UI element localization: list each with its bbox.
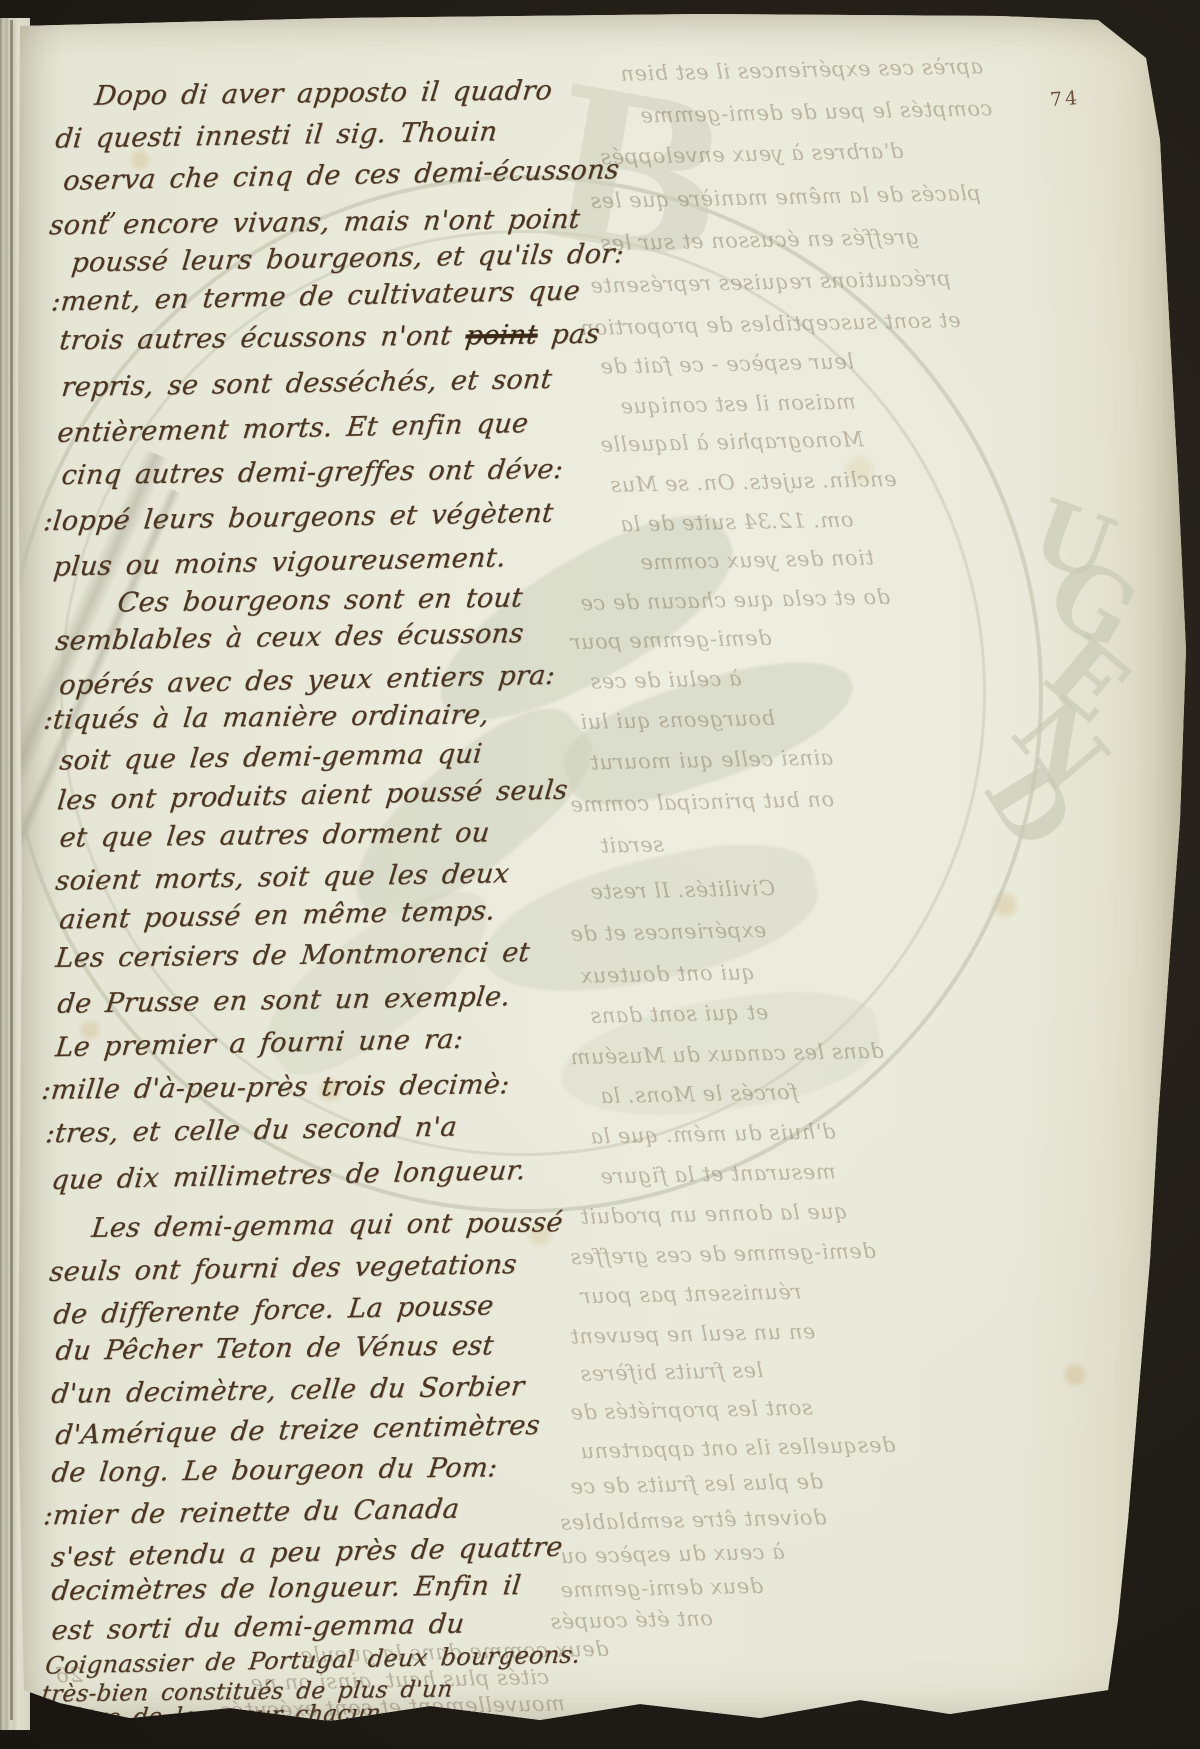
bleedthrough-fragment: serait [600, 832, 664, 857]
bleedthrough-fragment: réunissent pas pour [580, 1280, 802, 1309]
manuscript-line: trois autres écussons n'ont point pas [58, 319, 601, 357]
bleedthrough-fragment: d'arbres à yeux enveloppés [600, 139, 904, 169]
bleedthrough-fragment: ainsi celle qui mourut [590, 745, 834, 774]
manuscript-line: sont encore vivans, mais n'ont point [48, 204, 582, 241]
scan-background: B UGEND après ces expériences il est bie… [0, 0, 1200, 1749]
bleedthrough-fragment: maison il est conique [620, 390, 856, 419]
bleedthrough-fragment: que la donne un produit [580, 1199, 848, 1229]
manuscript-line: Dopo di aver apposto il quadro [93, 75, 554, 112]
manuscript-line: mètre de longueur chacun. [48, 1700, 390, 1732]
manuscript-line: Les demi-gemma qui ont poussé [90, 1207, 565, 1244]
bleedthrough-fragment: doivent être semblables [560, 1505, 827, 1535]
bleedthrough-fragment: bourgeons qui lui [580, 706, 775, 734]
manuscript-line: s'est etendu a peu près de quattre [50, 1532, 564, 1574]
bleedthrough-fragment: expériences et de [570, 918, 767, 946]
strikethrough-word: point [464, 319, 539, 351]
bleedthrough-fragment: Civilités. Il reste [590, 876, 776, 904]
bleedthrough-fragment: qui ont douteux [580, 960, 755, 988]
bleedthrough-fragment: sont les propriétés de [570, 1395, 813, 1424]
bleedthrough-fragment: forcés le Mons. la [600, 1080, 798, 1108]
manuscript-line: Ces bourgeons sont en tout [116, 583, 524, 619]
bleedthrough-fragment: tion des yeux comme [640, 546, 874, 575]
manuscript-line: et que les autres dorment ou [58, 817, 491, 853]
bleedthrough-fragment: demi-gemme pour [570, 626, 772, 654]
manuscript-line: d'Amérique de treize centimètres [54, 1410, 542, 1451]
bleedthrough-fragment: desquelles ils ont appartenu [580, 1433, 896, 1464]
manuscript-line: :mille d'à-peu-près trois decimè: [40, 1069, 511, 1106]
manuscript-line: de differente force. La pousse [52, 1290, 495, 1330]
bleedthrough-fragment: à celui de ces [590, 666, 742, 693]
bleedthrough-fragment: et qui sont dans [590, 1000, 769, 1028]
bleedthrough-fragment: en un seul ne peuvent [570, 1319, 816, 1348]
manuscript-line: :mier de reinette du Canada [42, 1494, 461, 1532]
manuscript-line: di questi innesti il sig. Thouin [54, 116, 499, 154]
manuscript-line: de long. Le bourgeon du Pom: [50, 1452, 499, 1488]
page-number: 74 [1049, 87, 1081, 111]
bleedthrough-fragment: mesurant et la figure [600, 1160, 836, 1189]
manuscript-line: :tiqués à la manière ordinaire, [42, 699, 491, 735]
manuscript-line: d'un decimètre, celle du Sorbier [50, 1371, 526, 1410]
bleedthrough-fragment: deux demi-gemme [560, 1574, 764, 1602]
bleedthrough-fragment: demi-gemme de ces greffes [570, 1239, 876, 1269]
bleedthrough-fragment: om. 12.34 suite de la [620, 508, 854, 537]
bleedthrough-fragment: les fruits bifères [580, 1358, 764, 1386]
manuscript-line: cinq autres demi-greffes ont déve: [60, 454, 565, 491]
bleedthrough-fragment: de plus les fruits de ce [570, 1469, 823, 1498]
page-edge-gutter-line [10, 20, 13, 1720]
manuscript-line: du Pêcher Teton de Vénus est [54, 1330, 495, 1366]
bleedthrough-fragment: d'huis du mém. que la [590, 1119, 836, 1148]
manuscript-line: seuls ont fourni des vegetations [48, 1249, 518, 1288]
manuscript-line: Les cerisiers de Montmorenci et [54, 937, 531, 974]
bleedthrough-fragment: ont été coupés [550, 1606, 713, 1633]
bleedthrough-fragment: à ceux du espèce ou [560, 1540, 785, 1569]
manuscript-page: B UGEND après ces expériences il est bie… [0, 0, 1200, 1749]
manuscript-line: decimètres de longueur. Enfin il [50, 1570, 523, 1607]
